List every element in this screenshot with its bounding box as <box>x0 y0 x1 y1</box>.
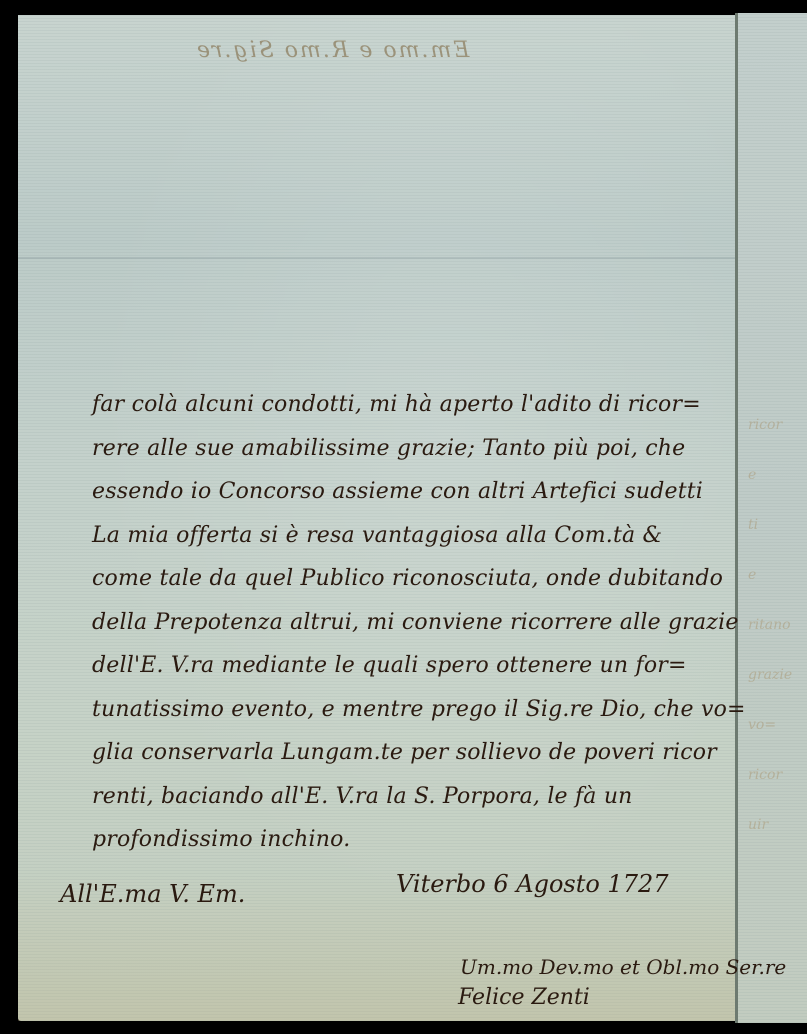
body-line: essendo io Concorso assieme con altri Ar… <box>92 479 732 523</box>
body-line: come tale da quel Publico riconosciuta, … <box>92 566 732 610</box>
letter-body: far colà alcuni condotti, mi hà aperto l… <box>92 392 732 871</box>
scan-canvas: Em.mo e R.mo Sig.re ricor e ti e ritano … <box>0 0 807 1034</box>
body-line: dell'E. V.ra mediante le quali spero ott… <box>92 653 732 697</box>
body-line: tunatissimo evento, e mentre prego il Si… <box>92 697 732 741</box>
body-line: profondissimo inchino. <box>92 827 732 871</box>
body-line: La mia offerta si è resa vantaggiosa all… <box>92 523 732 567</box>
place-and-date: Viterbo 6 Agosto 1727 <box>396 870 669 898</box>
signature: Felice Zenti <box>458 985 590 1010</box>
body-line: glia conservarla Lungam.te per sollievo … <box>92 740 732 784</box>
body-line: rere alle sue amabilissime grazie; Tanto… <box>92 436 732 480</box>
facing-page-bleed-text: ricor e ti e ritano grazie vo= ricor uir <box>748 400 807 850</box>
mirrored-address-bleed: Em.mo e R.mo Sig.re <box>195 38 469 63</box>
salutation-abbreviation: All'E.ma V. Em. <box>60 880 245 908</box>
body-line: renti, baciando all'E. V.ra la S. Porpor… <box>92 784 732 828</box>
body-line: far colà alcuni condotti, mi hà aperto l… <box>92 392 732 436</box>
body-line: della Prepotenza altrui, mi conviene ric… <box>92 610 732 654</box>
paper-fold-line <box>18 257 736 259</box>
closing-formula: Um.mo Dev.mo et Obl.mo Ser.re <box>460 955 786 979</box>
